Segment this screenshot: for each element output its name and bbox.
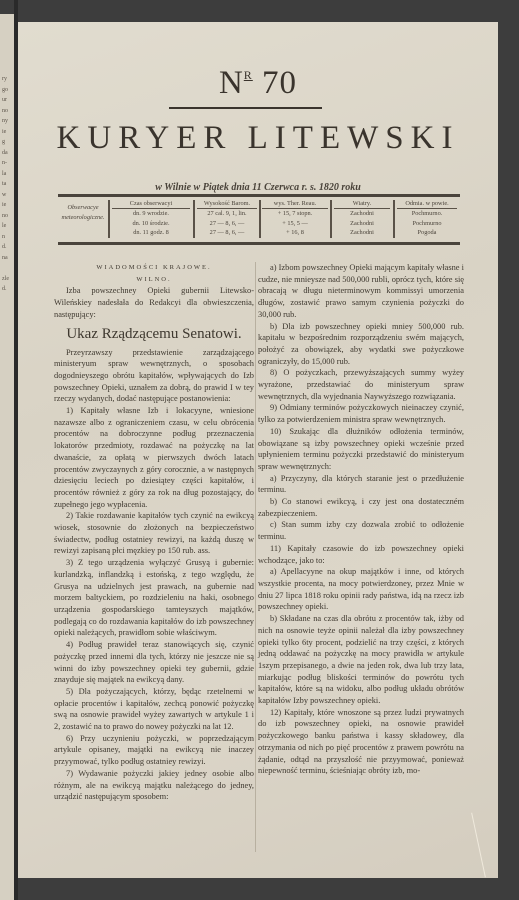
- paragraph: 4) Podług prawideł teraz stanowiących si…: [54, 639, 254, 686]
- paragraph: b) Dla izb powszechney opieki mniey 500,…: [258, 321, 464, 368]
- right-column: a) Izbom powszechney Opieki mającym kapi…: [258, 262, 464, 777]
- paragraph: 1) Kapitały własne Izb i lokacyyne, wnie…: [54, 405, 254, 510]
- cell: + 16, 8: [262, 228, 328, 238]
- cell: Zachodni: [334, 228, 390, 238]
- paragraph: b) Składane na czas dla obrótu z procent…: [258, 613, 464, 707]
- column-divider: [330, 200, 332, 238]
- paper-crease: [471, 813, 486, 878]
- column-divider: [193, 200, 195, 238]
- paragraph: a) Izbom powszechney Opieki mającym kapi…: [258, 262, 464, 321]
- left-column: WIADOMOŚCI KRAJOWE. WILNO. Izba powszech…: [54, 262, 254, 803]
- ukaz-title: Ukaz Rządzącemu Senatowi.: [54, 323, 254, 345]
- col-header: Wysokość Barom.: [197, 200, 257, 209]
- column-rule: [255, 262, 256, 852]
- paragraph: 2) Takie rozdawanie kapitałów tych czyni…: [54, 510, 254, 557]
- dateline: w Wilnie w Piątek dnia 11 Czerwca r. s. …: [18, 182, 498, 193]
- weather-col-barometer: Wysokość Barom. 27 cal. 9, 1, lin. 27 — …: [197, 200, 257, 238]
- paragraph: 3) Z tego urządzenia wyłączyć Grusyą i g…: [54, 557, 254, 639]
- cell: dn. 9 wrodzie.: [112, 209, 190, 219]
- paragraph: 10) Szukając dla dłużników odłożenia ter…: [258, 426, 464, 473]
- issue-number-value: 70: [262, 65, 297, 101]
- cell: Zachodni: [334, 219, 390, 229]
- paragraph: 7) Wydawanie pożyczki jakiey jedney osob…: [54, 768, 254, 803]
- paragraph: 6) Przy uczynieniu pożyczki, w poprzedza…: [54, 733, 254, 768]
- weather-col-winds: Wiatry. Zachodni Zachodni Zachodni: [334, 200, 390, 238]
- header-rule: [169, 107, 322, 109]
- cell: Pochmurno: [397, 219, 457, 229]
- column-divider: [108, 200, 110, 238]
- newspaper-title: KURYER LITEWSKI: [18, 120, 498, 157]
- paragraph: c) Stan summ izby czy dozwala zrobić to …: [258, 519, 464, 542]
- col-header: Czas obserwacyi: [112, 200, 190, 209]
- paragraph: 11) Kapitały czasowie do izb powszechney…: [258, 543, 464, 566]
- weather-col-time: Czas obserwacyi dn. 9 wrodzie. dn. 10 śr…: [112, 200, 190, 238]
- weather-label: Obserwacye meteorologiczne.: [60, 200, 106, 241]
- paragraph: Przeyrzawszy przedstawienie zarządzające…: [54, 347, 254, 406]
- intro-paragraph: Izba powszechney Opieki gubernii Litewsk…: [54, 285, 254, 320]
- cell: 27 — 8, 6, —: [197, 219, 257, 229]
- previous-page-text: ry go ur no ny ie g da n- la ta w ie no …: [2, 74, 9, 295]
- paragraph: b) Co stanowi ewikcyą, i czy jest ona do…: [258, 496, 464, 519]
- col-header: Wiatry.: [334, 200, 390, 209]
- paragraph: a) Przyczyny, dla których staranie jest …: [258, 473, 464, 496]
- paragraph: 8) O pożyczkach, przewyższających summy …: [258, 367, 464, 402]
- issue-number: NR 70: [18, 65, 498, 102]
- cell: 27 cal. 9, 1, lin.: [197, 209, 257, 219]
- section-heading: WIADOMOŚCI KRAJOWE.: [54, 262, 254, 274]
- cell: 27 — 8, 6, —: [197, 228, 257, 238]
- cell: Pochmurno.: [397, 209, 457, 219]
- cell: + 15, 7 stopn.: [262, 209, 328, 219]
- cell: dn. 10 środzie.: [112, 219, 190, 229]
- col-header: wys. Ther. Reau.: [262, 200, 328, 209]
- cell: + 15, 5 —: [262, 219, 328, 229]
- weather-table: Obserwacye meteorologiczne. Czas obserwa…: [58, 194, 460, 245]
- cell: Zachodni: [334, 209, 390, 219]
- paragraph: 5) Dla pożyczających, którzy, będąc rzet…: [54, 686, 254, 733]
- cell: dn. 11 godz. 8: [112, 228, 190, 238]
- city-heading: WILNO.: [54, 274, 254, 286]
- paragraph: 12) Kapitały, które wnoszone są przez lu…: [258, 707, 464, 777]
- number-suffix: R: [244, 68, 253, 82]
- paragraph: 9) Odmiany terminów pożyczkowych nieinac…: [258, 402, 464, 425]
- col-header: Odmia. w powie.: [397, 200, 457, 209]
- column-divider: [393, 200, 395, 238]
- weather-col-thermometer: wys. Ther. Reau. + 15, 7 stopn. + 15, 5 …: [262, 200, 328, 238]
- paragraph: a) Apellacyyne na okup majątków i inne, …: [258, 566, 464, 613]
- number-prefix: N: [219, 65, 244, 101]
- weather-col-conditions: Odmia. w powie. Pochmurno. Pochmurno Pog…: [397, 200, 457, 238]
- newspaper-page: NR 70 KURYER LITEWSKI w Wilnie w Piątek …: [18, 22, 498, 878]
- column-divider: [259, 200, 261, 238]
- cell: Pogoda: [397, 228, 457, 238]
